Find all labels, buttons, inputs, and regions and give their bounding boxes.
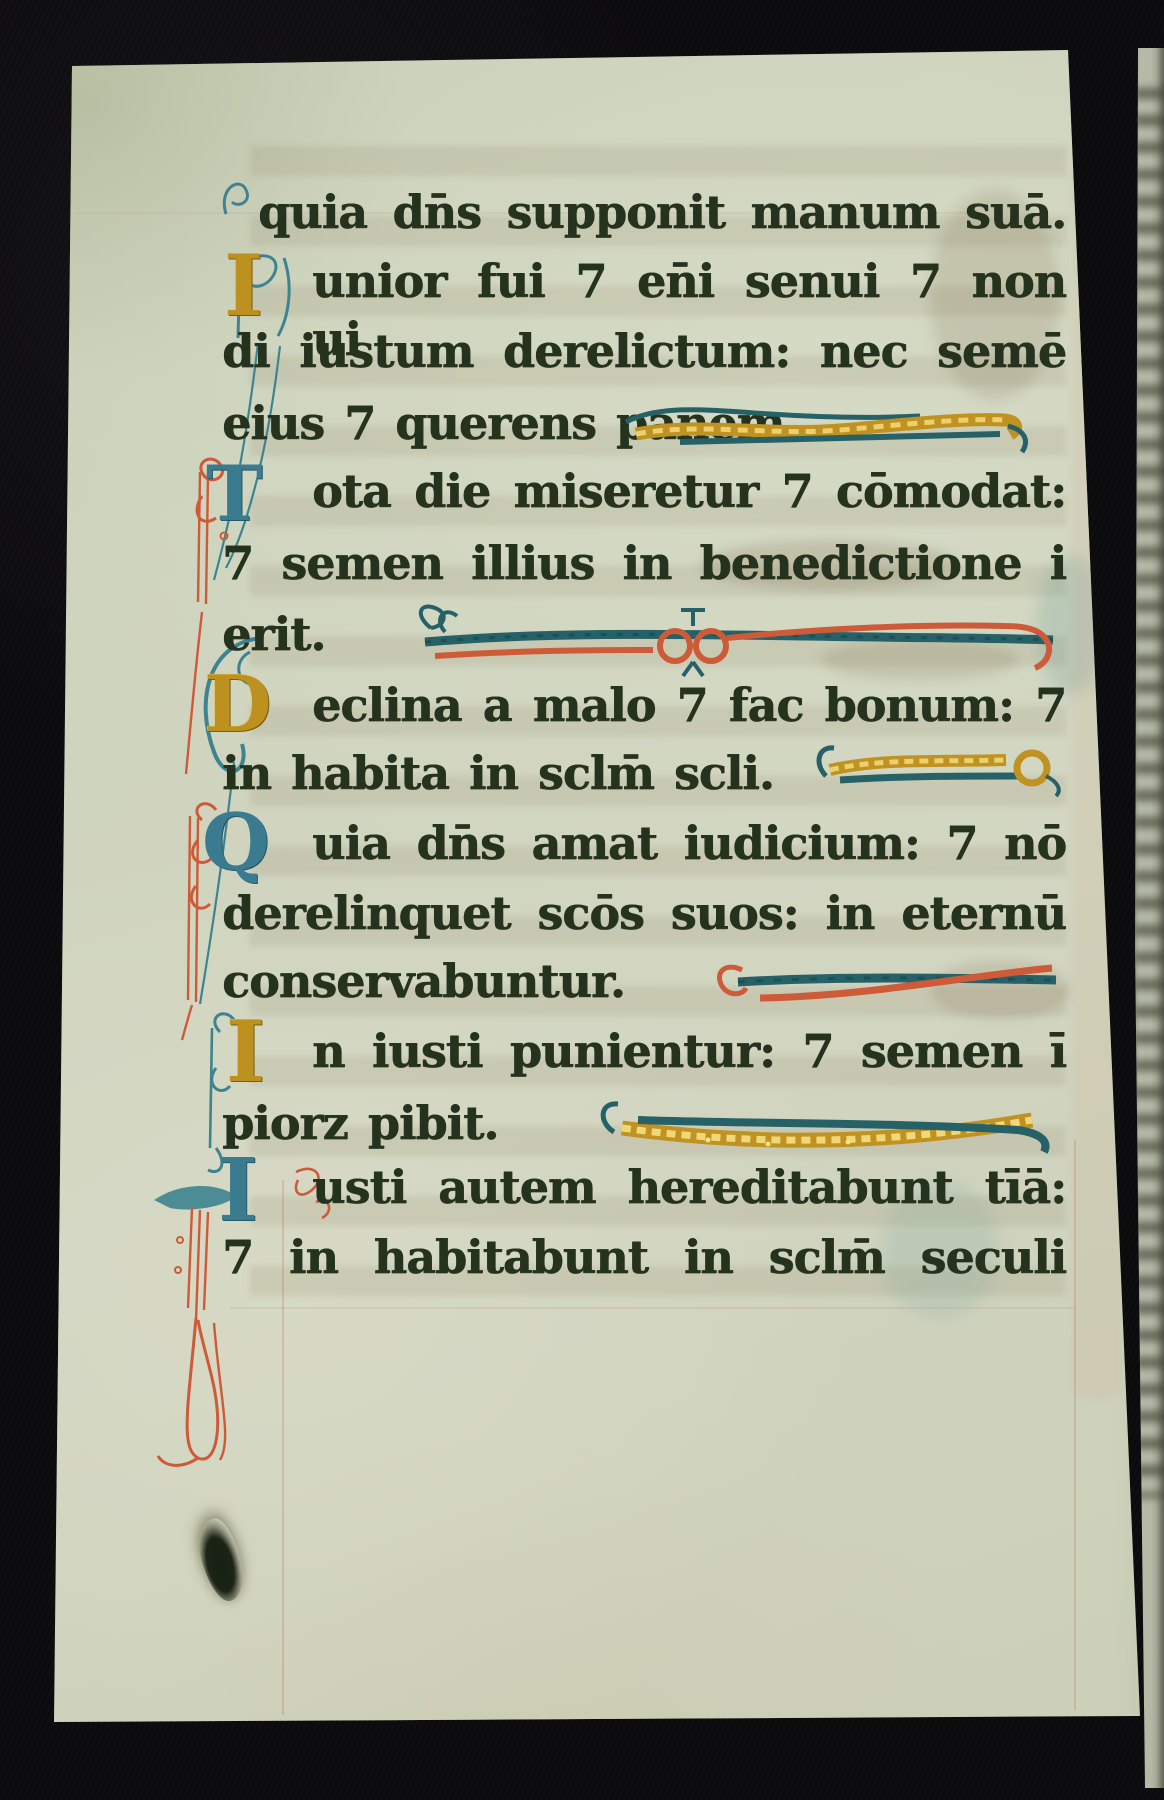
text-line: piorz pibit. xyxy=(222,1094,498,1152)
line-filler-teal-red xyxy=(708,946,1068,1012)
text-line: quia dn̄s supponit manum suā. xyxy=(258,183,1066,241)
illuminated-initial-T-blue: T xyxy=(206,458,263,530)
text-line: eclina a malo 7 fac bonum: 7 xyxy=(312,676,1066,734)
pink-margin-tint xyxy=(1072,150,1122,1400)
ink-blot xyxy=(192,1515,249,1606)
text-line: uia dn̄s amat iudicium: 7 nō xyxy=(312,814,1066,872)
text-line: derelinquet scōs suos: in eternū xyxy=(222,884,1066,942)
line-filler-teal-red-knot xyxy=(405,598,1070,684)
illuminated-initial-D-gold: D xyxy=(204,668,272,742)
manuscript-page: I T D Q I I quia dn̄s supponit manum suā… xyxy=(0,0,1164,1800)
illuminated-initial-Q-blue: Q xyxy=(202,806,270,880)
line-filler-gold-braid xyxy=(588,1088,1068,1164)
line-filler-gold-ring xyxy=(810,736,1068,798)
line-filler-gold-teal xyxy=(620,396,1044,454)
page-edge-shading xyxy=(1128,48,1164,1788)
illuminated-initial-I-blue: I xyxy=(218,1150,258,1232)
text-line: 7 in habitabunt in sclm̄ seculi xyxy=(222,1228,1066,1286)
text-line: usti autem hereditabunt tīā: xyxy=(312,1158,1066,1216)
photograph-of-manuscript: I T D Q I I quia dn̄s supponit manum suā… xyxy=(0,0,1164,1800)
text-line: ota die miseretur 7 cōmodat: xyxy=(312,462,1066,520)
adjacent-page-edge-stack xyxy=(1128,48,1164,1788)
text-line: conservabuntur. xyxy=(222,952,625,1010)
illuminated-initial-I-gold: I xyxy=(224,246,263,326)
text-line: di iustum derelictum: nec semē xyxy=(222,322,1066,380)
text-line: n iusti punientur: 7 semen ī xyxy=(312,1022,1066,1080)
illuminated-initial-I-gold: I xyxy=(226,1012,265,1092)
text-line: 7 semen illius in benedictione i xyxy=(222,534,1066,592)
text-line: in habita in sclm̄ scli. xyxy=(222,744,774,802)
text-line: erit. xyxy=(222,605,325,663)
